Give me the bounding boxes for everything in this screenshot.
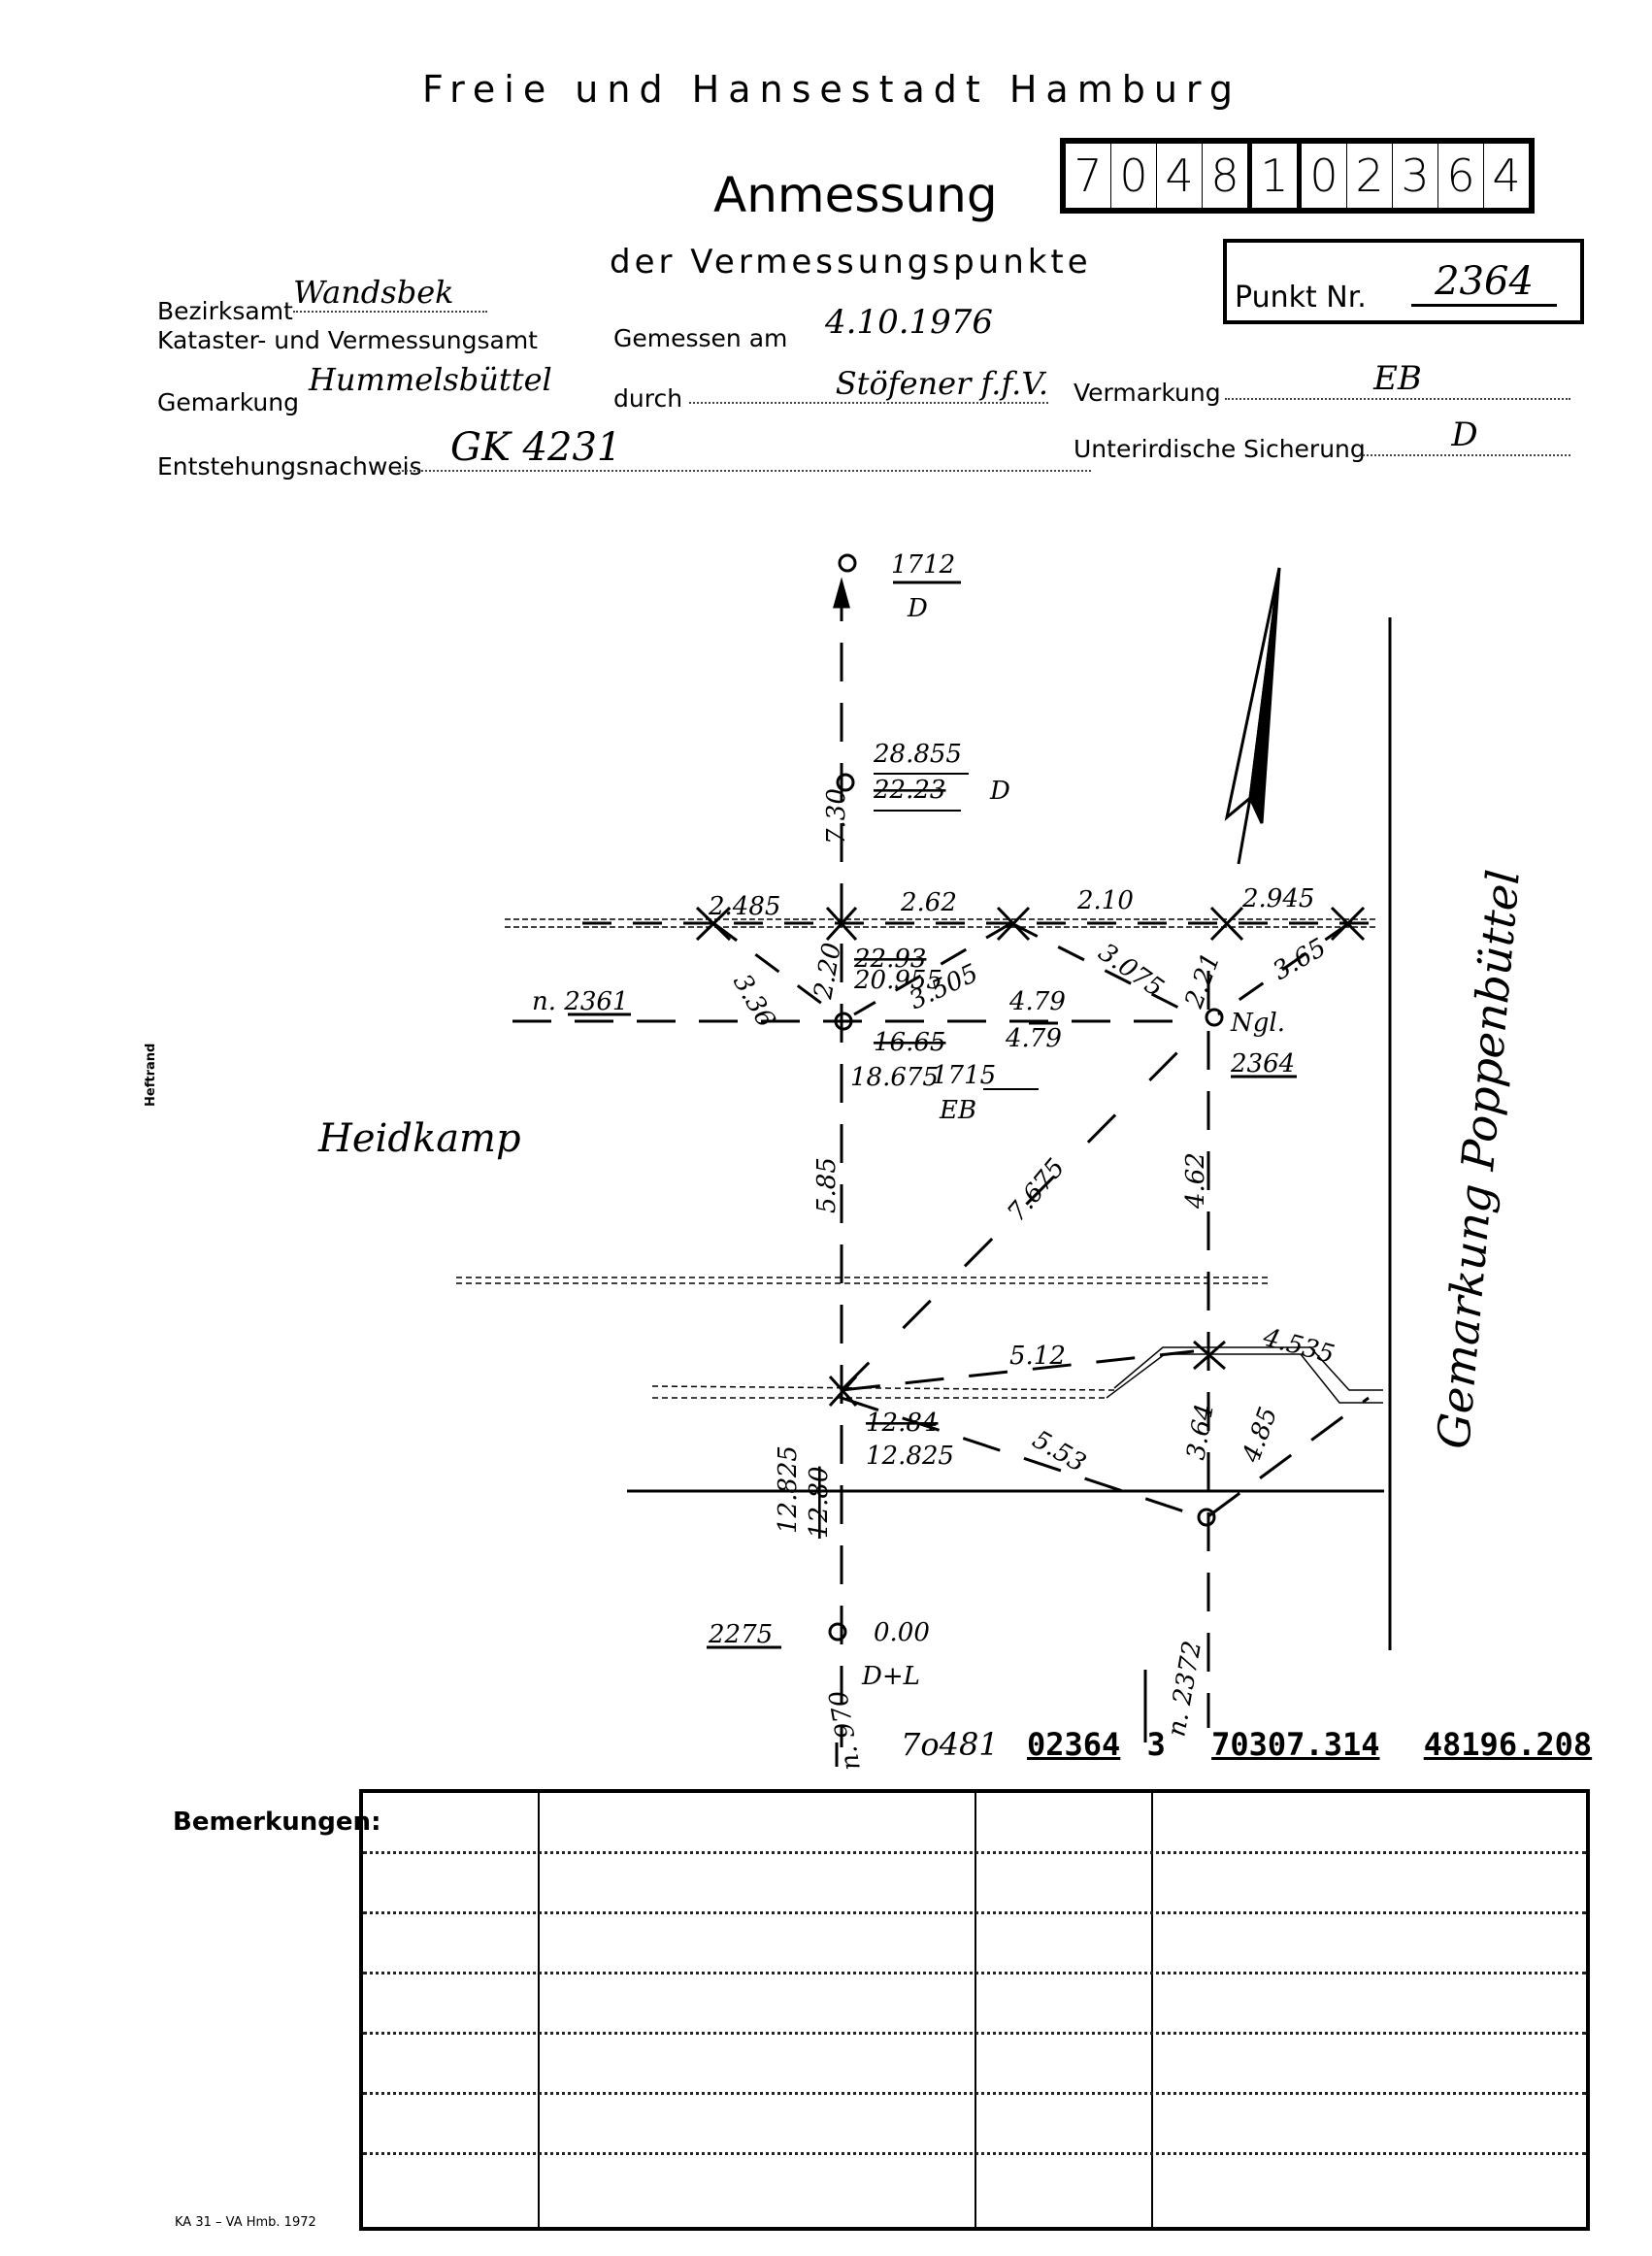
svg-text:0.00: 0.00 [874, 1618, 930, 1647]
svg-text:18.675: 18.675 [850, 1063, 939, 1092]
svg-text:16.65: 16.65 [874, 1028, 945, 1057]
svg-text:EB: EB [939, 1096, 976, 1125]
svg-text:7.30: 7.30 [822, 788, 851, 845]
svg-text:2.10: 2.10 [1076, 886, 1134, 915]
point-label-2361: n. 2361 [532, 987, 628, 1016]
svg-text:22.23: 22.23 [873, 776, 945, 805]
svg-text:2.945: 2.945 [1241, 884, 1314, 913]
svg-text:5.12: 5.12 [1009, 1342, 1066, 1371]
svg-text:4.79: 4.79 [1008, 987, 1066, 1016]
point-label-ngl: Ngl. [1230, 1009, 1285, 1038]
remarks-label: Bemerkungen: [173, 1808, 380, 1837]
svg-text:2.21: 2.21 [1179, 949, 1226, 1013]
svg-text:4.535: 4.535 [1259, 1323, 1338, 1371]
svg-text:12.84: 12.84 [866, 1409, 938, 1438]
svg-text:4.85: 4.85 [1237, 1404, 1283, 1468]
coord-x: 70307.314 [1211, 1726, 1379, 1763]
coordinate-line: 7o481 02364 3 70307.314 48196.208 [901, 1726, 1592, 1763]
form-code: KA 31 – VA Hmb. 1972 [175, 2215, 316, 2230]
svg-text:2.485: 2.485 [708, 892, 780, 921]
coord-y: 48196.208 [1424, 1726, 1592, 1763]
heftrand-label: Heftrand [144, 1044, 158, 1107]
street-name: Heidkamp [318, 1116, 521, 1161]
svg-text:3.65: 3.65 [1269, 933, 1332, 986]
svg-text:4.62: 4.62 [1181, 1152, 1210, 1210]
coord-code: 3 [1147, 1726, 1166, 1763]
svg-text:12.80: 12.80 [805, 1467, 834, 1539]
survey-point-icon [1199, 1510, 1214, 1525]
svg-text:12.825: 12.825 [774, 1445, 803, 1534]
survey-point-icon [838, 775, 853, 790]
svg-text:2.62: 2.62 [900, 888, 957, 917]
survey-point-icon [840, 555, 855, 571]
svg-text:12.825: 12.825 [866, 1442, 954, 1471]
svg-text:5.85: 5.85 [812, 1157, 842, 1213]
coord-number: 02364 [1027, 1726, 1120, 1763]
svg-text:3.36: 3.36 [727, 970, 780, 1033]
point-label-2364: 2364 [1230, 1049, 1295, 1078]
survey-point-icon [830, 1624, 845, 1640]
coord-prefix: 7o481 [901, 1726, 999, 1763]
svg-text:D: D [907, 594, 928, 623]
remarks-table[interactable] [359, 1789, 1590, 2231]
svg-text:3.075: 3.075 [1093, 938, 1169, 1003]
svg-text:3.64: 3.64 [1181, 1402, 1220, 1462]
arrow-icon [835, 582, 848, 607]
svg-text:7.675: 7.675 [1002, 1153, 1071, 1227]
svg-text:D+L: D+L [861, 1662, 920, 1691]
svg-text:28.855: 28.855 [873, 740, 962, 769]
north-arrow-icon [1227, 568, 1279, 864]
point-label-2275: 2275 [708, 1620, 773, 1649]
svg-text:n. 2372: n. 2372 [1162, 1639, 1207, 1739]
point-label-1715: 1715 [932, 1061, 996, 1090]
svg-text:D: D [989, 777, 1010, 806]
svg-text:2.20: 2.20 [809, 941, 847, 1002]
survey-point-icon [1206, 1010, 1222, 1025]
point-label-1712: 1712 [891, 550, 955, 580]
svg-text:4.79: 4.79 [1005, 1024, 1062, 1053]
svg-text:n. 970: n. 970 [824, 1688, 867, 1773]
